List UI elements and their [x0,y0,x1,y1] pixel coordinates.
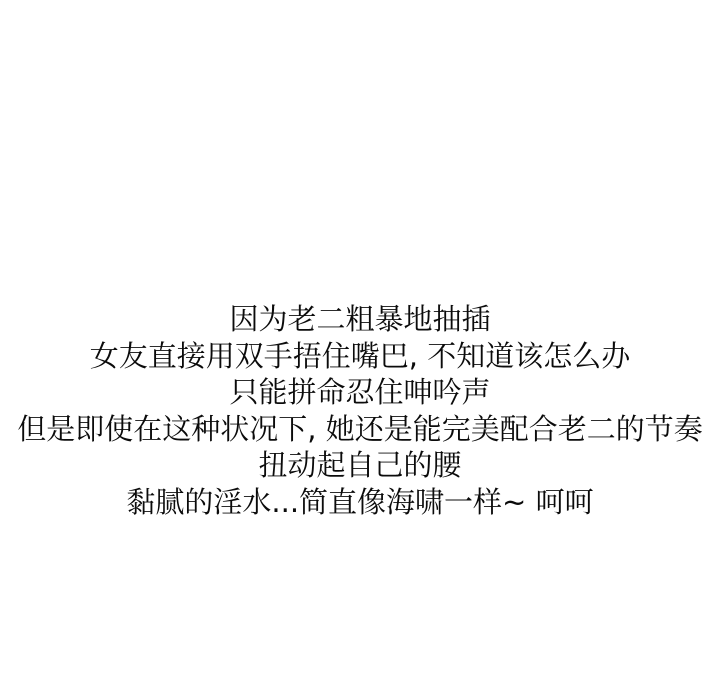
caption-line: 扭动起自己的腰 [0,447,720,484]
caption-line: 女友直接用双手捂住嘴巴, 不知道该怎么办 [0,338,720,375]
caption-line: 只能拼命忍住呻吟声 [0,374,720,411]
caption-block: 因为老二粗暴地抽插 女友直接用双手捂住嘴巴, 不知道该怎么办 只能拼命忍住呻吟声… [0,301,720,520]
caption-line: 但是即使在这种状况下, 她还是能完美配合老二的节奏 [0,411,720,448]
caption-line: 黏腻的淫水...简直像海啸一样~ 呵呵 [0,484,720,521]
caption-line: 因为老二粗暴地抽插 [0,301,720,338]
